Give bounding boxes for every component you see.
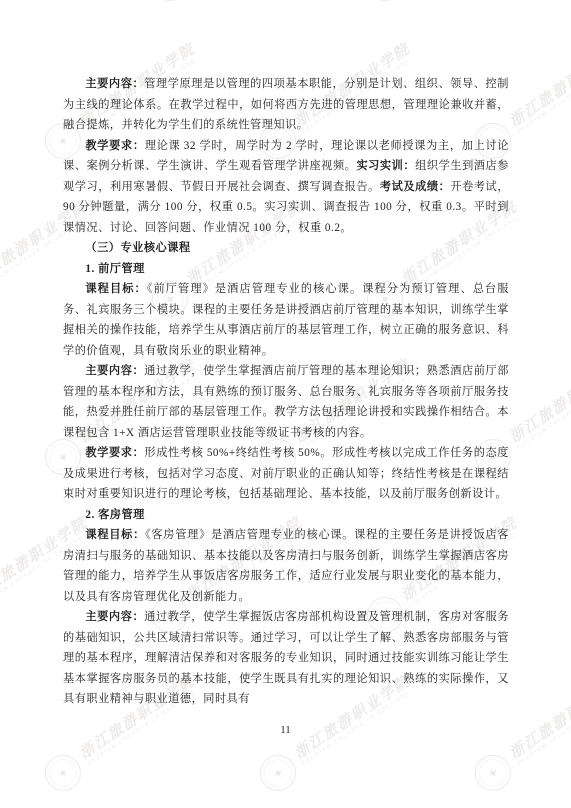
paragraph: 主要内容：通过教学，使学生掌握饭店客房部机构设置及管理机制，客房对客服务的基础知… [63, 607, 509, 710]
bold-label: 课程目标： [85, 283, 146, 295]
bold-label: 2. 客房管理 [85, 509, 144, 521]
watermark-stamp: ✦浙江旅游职业学院TOURISM COLLEGE OF ZHEJIANG [145, 0, 314, 8]
watermark-cn-text: 浙江旅游职业学院 [507, 357, 571, 446]
page-content: 主要内容：管理学原理是以管理的四项基本职能，分别是计划、组织、领导、控制为主线的… [63, 74, 509, 710]
section-heading: （三）专业核心课程 [63, 238, 509, 259]
watermark-college-name: 浙江旅游职业学院TOURISM COLLEGE OF ZHEJIANG [508, 42, 571, 136]
bold-label: 主要内容： [85, 78, 144, 90]
section-heading: 2. 客房管理 [63, 505, 509, 526]
paragraph: 课程目标：《客房管理》是酒店管理专业的核心课。课程的主要任务是讲授饭店客房清扫与… [63, 525, 509, 607]
bold-label: 课程目标： [85, 529, 145, 541]
watermark-stamp: ✦浙江旅游职业学院TOURISM COLLEGE OF ZHEJIANG [360, 0, 529, 8]
bold-label: 主要内容： [85, 611, 144, 623]
bold-label: 考试及成绩： [380, 181, 450, 193]
watermark-college-name: 浙江旅游职业学院TOURISM COLLEGE OF ZHEJIANG [508, 358, 571, 452]
seal-emblem-icon: ✦ [270, 764, 286, 781]
watermark-cn-text: 浙江旅游职业学院 [507, 41, 571, 130]
watermark-en-text: TOURISM COLLEGE OF ZHEJIANG [516, 371, 571, 452]
bold-label: 1. 前厅管理 [85, 263, 144, 275]
bold-label: （三）专业核心课程 [85, 242, 190, 254]
watermark-en-text: TOURISM COLLEGE OF ZHEJIANG [516, 55, 571, 136]
bold-label: 教学要求： [85, 447, 144, 459]
bold-label: 教学要求： [85, 140, 144, 152]
section-heading: 1. 前厅管理 [63, 259, 509, 280]
seal-emblem-icon: ✦ [55, 764, 71, 781]
paragraph: 主要内容：通过教学，使学生掌握酒店前厅管理的基本理论知识；熟悉酒店前厅部管理的基… [63, 361, 509, 443]
paragraph: 教学要求：理论课 32 学时，周学时为 2 学时，理论课以老师授课为主，加上讨论… [63, 136, 509, 239]
watermark-college-name: 浙江旅游职业学院TOURISM COLLEGE OF ZHEJIANG [508, 674, 571, 768]
page-number: 11 [0, 724, 571, 736]
watermark-stamp: ✦浙江旅游职业学院TOURISM COLLEGE OF ZHEJIANG [0, 0, 98, 8]
watermark-cn-text: 浙江旅游职业学院 [507, 673, 571, 762]
paragraph: 课程目标：《前厅管理》是酒店管理专业的核心课。课程分为预订管理、总台服务、礼宾服… [63, 279, 509, 361]
text-segment: 通过教学，使学生掌握饭店客房部机构设置及管理机制，客房对客服务的基础知识，公共区… [63, 611, 509, 705]
paragraph: 主要内容：管理学原理是以管理的四项基本职能，分别是计划、组织、领导、控制为主线的… [63, 74, 509, 136]
college-seal-icon: ✦ [145, 0, 195, 8]
college-seal-icon: ✦ [38, 748, 88, 798]
seal-emblem-icon: ✦ [485, 764, 501, 781]
college-seal-icon: ✦ [360, 0, 410, 8]
paragraph: 教学要求：形成性考核 50%+终结性考核 50%。形成性考核以完成工作任务的态度… [63, 443, 509, 505]
document-page: ✦浙江旅游职业学院TOURISM COLLEGE OF ZHEJIANG✦浙江旅… [0, 0, 571, 808]
bold-label: 主要内容： [85, 365, 144, 377]
college-seal-icon: ✦ [253, 748, 303, 798]
college-seal-icon: ✦ [468, 748, 518, 798]
bold-label: 实习实训： [356, 160, 415, 172]
